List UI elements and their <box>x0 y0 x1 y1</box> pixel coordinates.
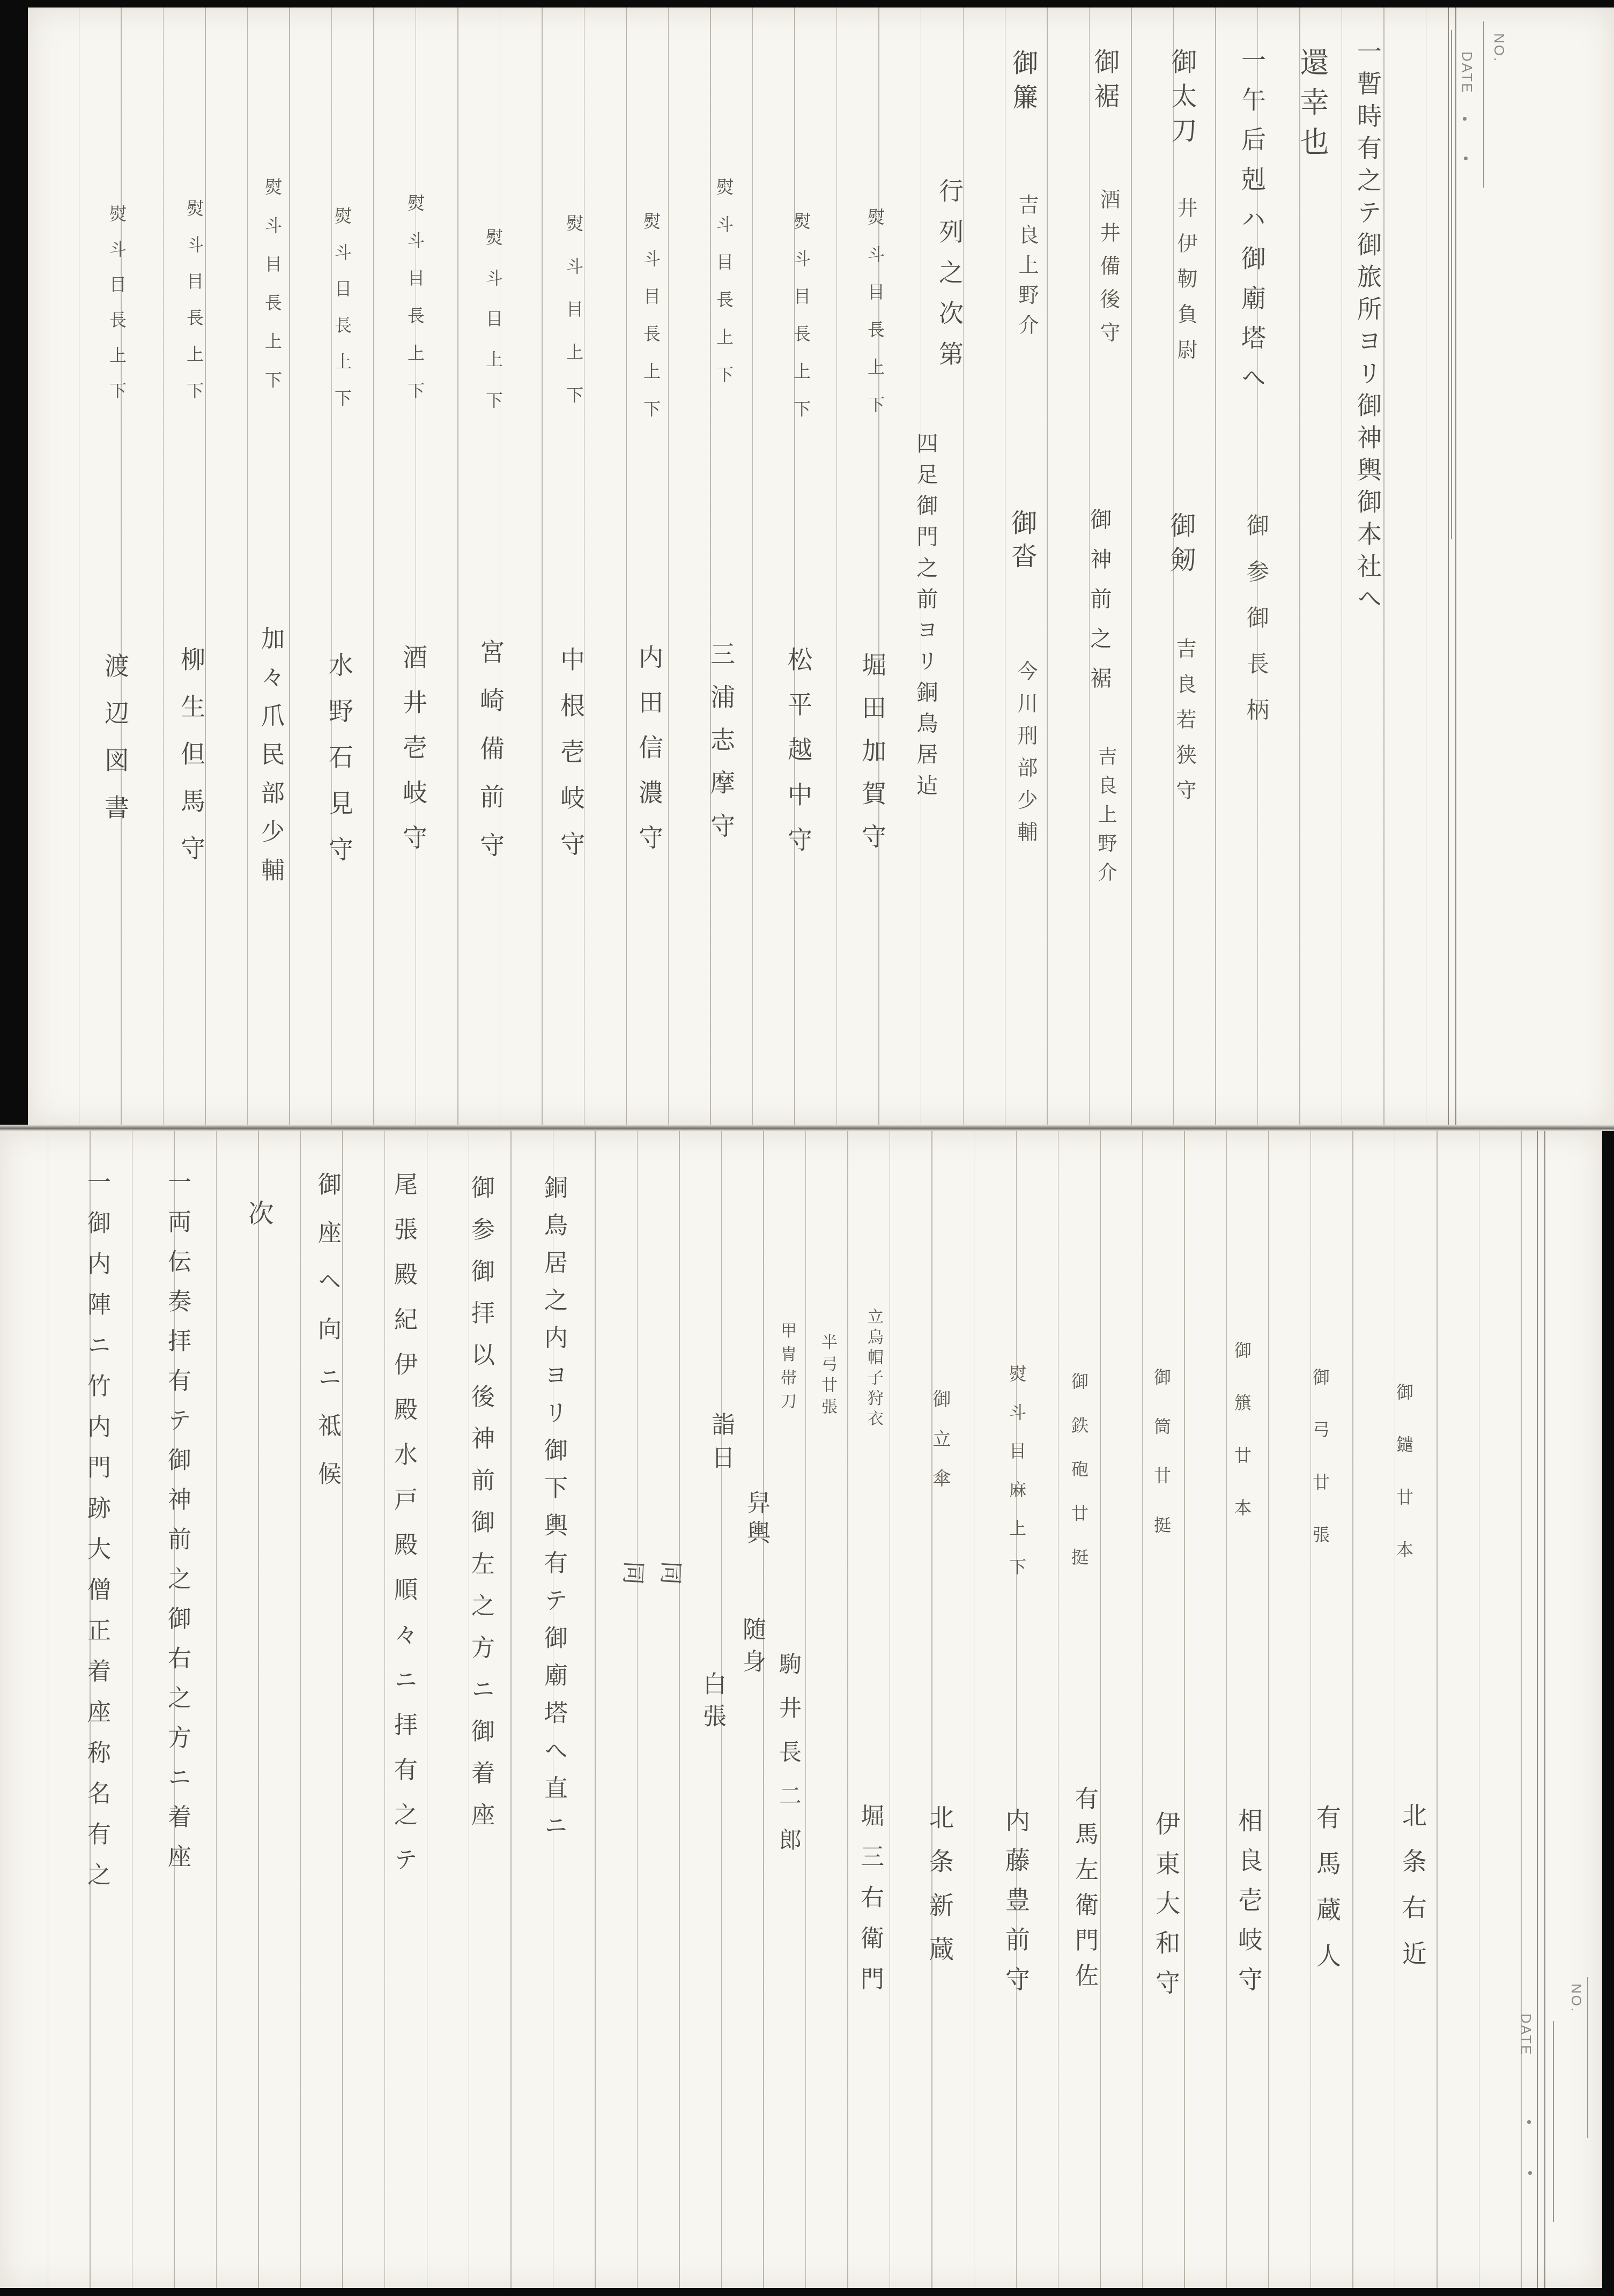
handwritten-column: 御剱 <box>1168 512 1194 581</box>
handwritten-column: 北条右近 <box>1401 1802 1425 1987</box>
handwritten-column: 尾張殿紀伊殿水戸殿順々ニ拝有之テ <box>391 1172 415 1892</box>
scanned-notebook-spread: { "stationery": { "no_label": "NO.", "da… <box>0 0 1614 2296</box>
ruled-lines-bottom-page <box>6 1130 1537 2288</box>
handwritten-column: 一御内陣ニ竹内門跡大僧正着座称名有之 <box>85 1170 108 1903</box>
scan-edge <box>0 0 28 1124</box>
handwritten-column: 熨斗目上下 <box>485 228 502 432</box>
handwritten-column: 有馬左衛門佐 <box>1072 1786 1096 1998</box>
margin-rule <box>1448 8 1449 1127</box>
scan-edge <box>0 0 1287 8</box>
handwritten-column: 御沓 <box>1009 509 1035 576</box>
handwritten-column: 北条新蔵 <box>928 1804 952 1980</box>
handwritten-column: 今川刑部少輔 <box>1016 660 1036 853</box>
handwritten-column: 御立傘 <box>931 1390 949 1509</box>
no-field-label: NO. <box>1491 33 1507 63</box>
handwritten-column: 御座ヘ向ニ祗候 <box>315 1172 339 1510</box>
handwritten-column: 吉良上野介 <box>1017 194 1037 344</box>
no-field-label: NO. <box>1568 1983 1585 2013</box>
date-field-label: DATE <box>1458 51 1475 94</box>
ruled-lines-top-page <box>38 8 1448 1127</box>
handwritten-column: 熨斗目長上下 <box>715 178 732 403</box>
handwritten-column: 一暫時有之テ御旅所ヨリ御神輿御本社へ <box>1356 39 1380 618</box>
handwritten-column: 一両伝奏拝有テ御神前之御右之方ニ着座 <box>165 1170 189 1884</box>
handwritten-column: 堀田加賀守 <box>860 652 885 866</box>
date-field-line <box>1451 30 1452 539</box>
handwritten-column: 井伊靭負尉 <box>1175 197 1196 374</box>
handwritten-column: 宮崎備前守 <box>478 639 503 880</box>
scan-edge <box>1602 1130 1614 2296</box>
handwritten-column: 御神前之裾 <box>1089 508 1110 707</box>
handwritten-column: 御弓廿張 <box>1312 1368 1329 1578</box>
handwritten-column: 内田信濃守 <box>637 644 662 870</box>
handwritten-column: 御参御長柄 <box>1245 514 1268 744</box>
handwritten-column: 熨斗目上下 <box>565 214 582 429</box>
handwritten-column: 三浦志摩守 <box>709 641 734 856</box>
handwritten-column: 酒井壱岐守 <box>401 644 426 870</box>
handwritten-column: 次 <box>246 1200 271 1225</box>
date-separator-dot <box>1463 117 1467 121</box>
handwritten-column: 還幸也 <box>1298 47 1327 166</box>
handwritten-column: 御簱廿本 <box>1233 1341 1250 1551</box>
date-field-label: DATE <box>1517 2013 1534 2056</box>
handwritten-column: 銅鳥居之内ヨリ御下輿有テ御廟塔へ直ニ <box>542 1175 565 1851</box>
handwritten-column: 熨斗目長上下 <box>108 205 125 417</box>
handwritten-column: 加々爪民部少輔 <box>258 626 282 896</box>
handwritten-column: 御筒廿挺 <box>1153 1368 1170 1565</box>
handwritten-column: 熨斗目長上下 <box>334 207 351 426</box>
date-separator-dot <box>1527 2120 1531 2124</box>
handwritten-column: 御鉄砲廿挺 <box>1070 1372 1087 1592</box>
no-field-line <box>1483 21 1484 188</box>
handwritten-column: 御裾 <box>1092 48 1117 117</box>
handwritten-column: 同同 <box>621 1561 682 1585</box>
handwritten-column: 吉良上野介 <box>1096 746 1115 891</box>
handwritten-column: 酒井備後守 <box>1098 189 1119 355</box>
date-separator-dot <box>1528 2171 1532 2175</box>
handwritten-column: 熨斗目長上下 <box>406 194 424 419</box>
date-separator-dot <box>1464 157 1468 160</box>
handwritten-column: 一午后剋ハ御廟塔へ <box>1240 47 1264 404</box>
handwritten-column: 水野石見守 <box>327 652 352 882</box>
handwritten-column: 御参御拝以後神前御左之方ニ御着座 <box>469 1175 492 1844</box>
handwritten-column: 松平越中守 <box>786 647 811 872</box>
handwritten-column: 半弓廿張 <box>819 1334 835 1420</box>
handwritten-column: 熨斗目長上下 <box>793 212 810 437</box>
handwritten-column: 四足御門之前ヨリ銅鳥居迠 <box>915 432 936 805</box>
handwritten-column: 立烏帽子狩衣 <box>865 1308 882 1430</box>
margin-rule <box>1544 1130 1545 2288</box>
handwritten-column: 熨斗目長上下 <box>867 208 884 433</box>
handwritten-column: 中根壱岐守 <box>559 647 583 877</box>
margin-rule <box>1455 8 1456 1127</box>
handwritten-column: 吉良若狭守 <box>1174 638 1195 815</box>
handwritten-column: 熨斗目長上下 <box>642 212 660 437</box>
handwritten-column: 御簾 <box>1010 49 1036 118</box>
handwritten-column: 行列之次第 <box>937 178 962 382</box>
handwritten-column: 駒井長二郎 <box>778 1652 800 1872</box>
handwritten-column: 内藤豊前守 <box>1004 1808 1028 2006</box>
handwritten-column: 堀三右衛門 <box>858 1803 882 2007</box>
handwritten-column: 白張 <box>700 1671 724 1736</box>
no-field-line <box>1587 1977 1588 2138</box>
margin-rule <box>1537 1130 1538 2288</box>
handwritten-column: 随身 <box>740 1617 764 1681</box>
handwritten-column: 詣日 <box>709 1412 732 1478</box>
handwritten-column: 熨斗目長上下 <box>186 199 203 418</box>
handwritten-column: 甲冑帯刀 <box>779 1322 795 1416</box>
handwritten-column: 御太刀 <box>1169 48 1195 151</box>
handwritten-column: 御鑓廿本 <box>1395 1383 1412 1593</box>
date-field-line <box>1553 2021 1554 2222</box>
handwritten-column: 相良壱岐守 <box>1237 1808 1261 2006</box>
handwritten-column: 渡辺図書 <box>103 653 128 842</box>
handwritten-column: 舁輿 <box>744 1490 768 1550</box>
handwritten-column: 伊東大和守 <box>1154 1811 1179 2009</box>
page-seam <box>0 1125 1614 1131</box>
handwritten-column: 熨斗目長上下 <box>264 178 281 410</box>
handwritten-column: 柳生但馬守 <box>179 647 204 882</box>
handwritten-column: 有馬蔵人 <box>1315 1804 1339 1989</box>
scan-edge <box>0 2288 1614 2296</box>
handwritten-column: 熨斗目麻上下 <box>1008 1365 1025 1596</box>
